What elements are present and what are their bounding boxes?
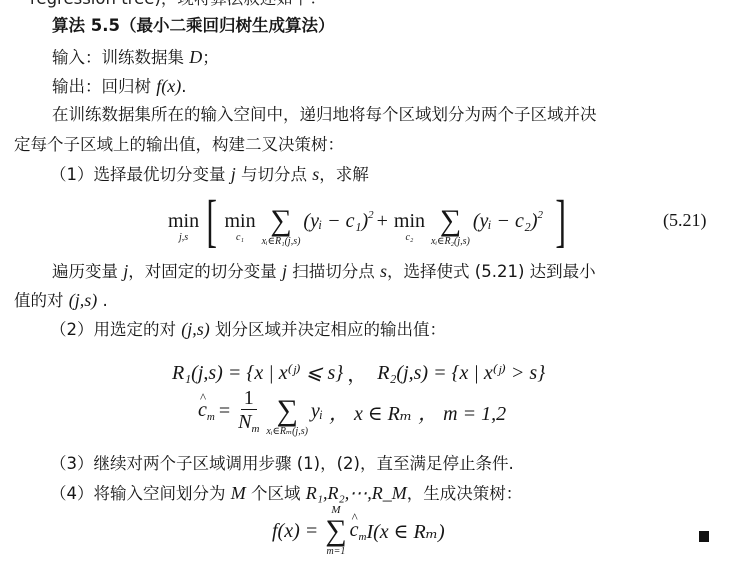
regions-list: R₁,R₂,⋯,R_M	[306, 483, 407, 503]
separator: ，	[347, 358, 367, 387]
pair-js: (j,s)	[181, 319, 210, 339]
intro-line-1: 在训练数据集所在的输入空间中，递归地将每个区域划分为两个子区域并决	[52, 104, 597, 126]
condition-m-values: ， m = 1,2	[418, 397, 506, 426]
step2-prefix: （2）用选定的对	[50, 320, 181, 339]
cut-off-top-line: regression tree)，现将算法叙述如下：	[30, 0, 326, 10]
input-line: 输入：训练数据集 D；	[52, 46, 219, 69]
step-2: （2）用选定的对 (j,s) 划分区域并决定相应的输出值：	[50, 318, 446, 341]
c-hat-m: cm	[198, 399, 215, 423]
c-hat-m: cm	[350, 519, 367, 543]
traverse-line-2: 值的对 (j,s) .	[14, 289, 108, 312]
plus-sign: +	[377, 210, 388, 233]
algorithm-name: （最小二乘回归树生成算法）	[120, 16, 335, 35]
var-M: M	[231, 483, 246, 503]
equals-sign: =	[219, 400, 230, 423]
input-label: 输入：训练数据集	[52, 48, 189, 67]
left-bracket: [	[206, 196, 217, 246]
algorithm-title: 算法 5.5（最小二乘回归树生成算法）	[52, 15, 334, 37]
inner-min-1: min c₁	[224, 199, 255, 243]
step-3: （3）继续对两个子区域调用步骤 (1)，(2)，直至满足停止条件.	[50, 453, 514, 475]
pair-js: (j,s)	[69, 290, 98, 310]
y-i: yᵢ	[311, 400, 323, 423]
f-of-x: f(x) =	[272, 520, 318, 543]
traverse-text-a: 遍历变量	[52, 262, 123, 281]
step-4: （4）将输入空间划分为 M 个区域 R₁,R₂,⋯,R_M，生成决策树：	[50, 482, 522, 505]
traverse-text-b: ，对固定的切分变量	[128, 262, 282, 281]
equation-cm: cm = 1 Nm ∑ xᵢ∈Rₘ(j,s) yᵢ ， x ∈ Rₘ ， m =…	[198, 385, 506, 437]
output-label: 输出：回归树	[52, 77, 156, 96]
condition-x-in-rm: ， x ∈ Rₘ	[329, 397, 412, 426]
right-bracket: ]	[555, 196, 566, 246]
indicator-function: I(x ∈ Rₘ)	[366, 519, 444, 544]
output-tail: .	[181, 77, 186, 96]
input-tail: ；	[202, 48, 219, 67]
traverse-text-c: 扫描切分点	[287, 262, 380, 281]
var-s: s	[380, 261, 387, 281]
sum-final: M ∑ m=1	[325, 505, 346, 557]
region-r1-def: R₁(j,s) = {x | x⁽ʲ⁾ ⩽ s}	[172, 360, 343, 385]
squared-error-1: (yᵢ − c₁)2	[303, 209, 373, 233]
inner-min-2: min c₂	[394, 199, 425, 243]
dataset-var: D	[189, 47, 202, 67]
equation-regions: R₁(j,s) = {x | x⁽ʲ⁾ ⩽ s} ， R₂(j,s) = {x …	[172, 358, 545, 387]
step-1: （1）选择最优切分变量 j 与切分点 s，求解	[50, 163, 369, 186]
step4-tail: ，生成决策树：	[407, 484, 523, 503]
qed-square-icon	[699, 531, 709, 542]
traverse-text-d: ，选择使式 (5.21) 达到最小	[387, 262, 596, 281]
outer-min: min j,s	[168, 199, 199, 243]
step2-tail: 划分区域并决定相应的输出值：	[210, 320, 446, 339]
step4-mid: 个区域	[246, 484, 306, 503]
fraction-1-over-nm: 1 Nm	[238, 388, 259, 435]
sum-cm: ∑ xᵢ∈Rₘ(j,s)	[266, 385, 308, 437]
intro-line-2: 定每个子区域上的输出值，构建二叉决策树：	[14, 134, 344, 156]
sum-1: ∑ xᵢ∈R₁(j,s)	[262, 195, 301, 247]
sum-2: ∑ xᵢ∈R₂(j,s)	[431, 195, 470, 247]
traverse-line-1: 遍历变量 j，对固定的切分变量 j 扫描切分点 s，选择使式 (5.21) 达到…	[52, 260, 596, 283]
step1-tail: ，求解	[319, 165, 369, 184]
step1-prefix: （1）选择最优切分变量	[50, 165, 231, 184]
algorithm-number: 算法 5.5	[52, 16, 120, 35]
equation-5-21: min j,s [ min c₁ ∑ xᵢ∈R₁(j,s) (yᵢ − c₁)2…	[165, 190, 570, 252]
traverse-text-f: .	[97, 291, 108, 310]
output-line: 输出：回归树 f(x).	[52, 75, 186, 98]
squared-error-2: (yᵢ − c₂)2	[473, 209, 543, 233]
traverse-text-e: 值的对	[14, 291, 69, 310]
region-r2-def: R₂(j,s) = {x | x⁽ʲ⁾ > s}	[377, 360, 545, 385]
equation-final-tree: f(x) = M ∑ m=1 cm I(x ∈ Rₘ)	[272, 505, 445, 557]
step4-prefix: （4）将输入空间划分为	[50, 484, 231, 503]
tree-func-var: f(x)	[156, 76, 181, 96]
step1-mid: 与切分点	[236, 165, 313, 184]
equation-number-5-21: (5.21)	[663, 210, 707, 231]
